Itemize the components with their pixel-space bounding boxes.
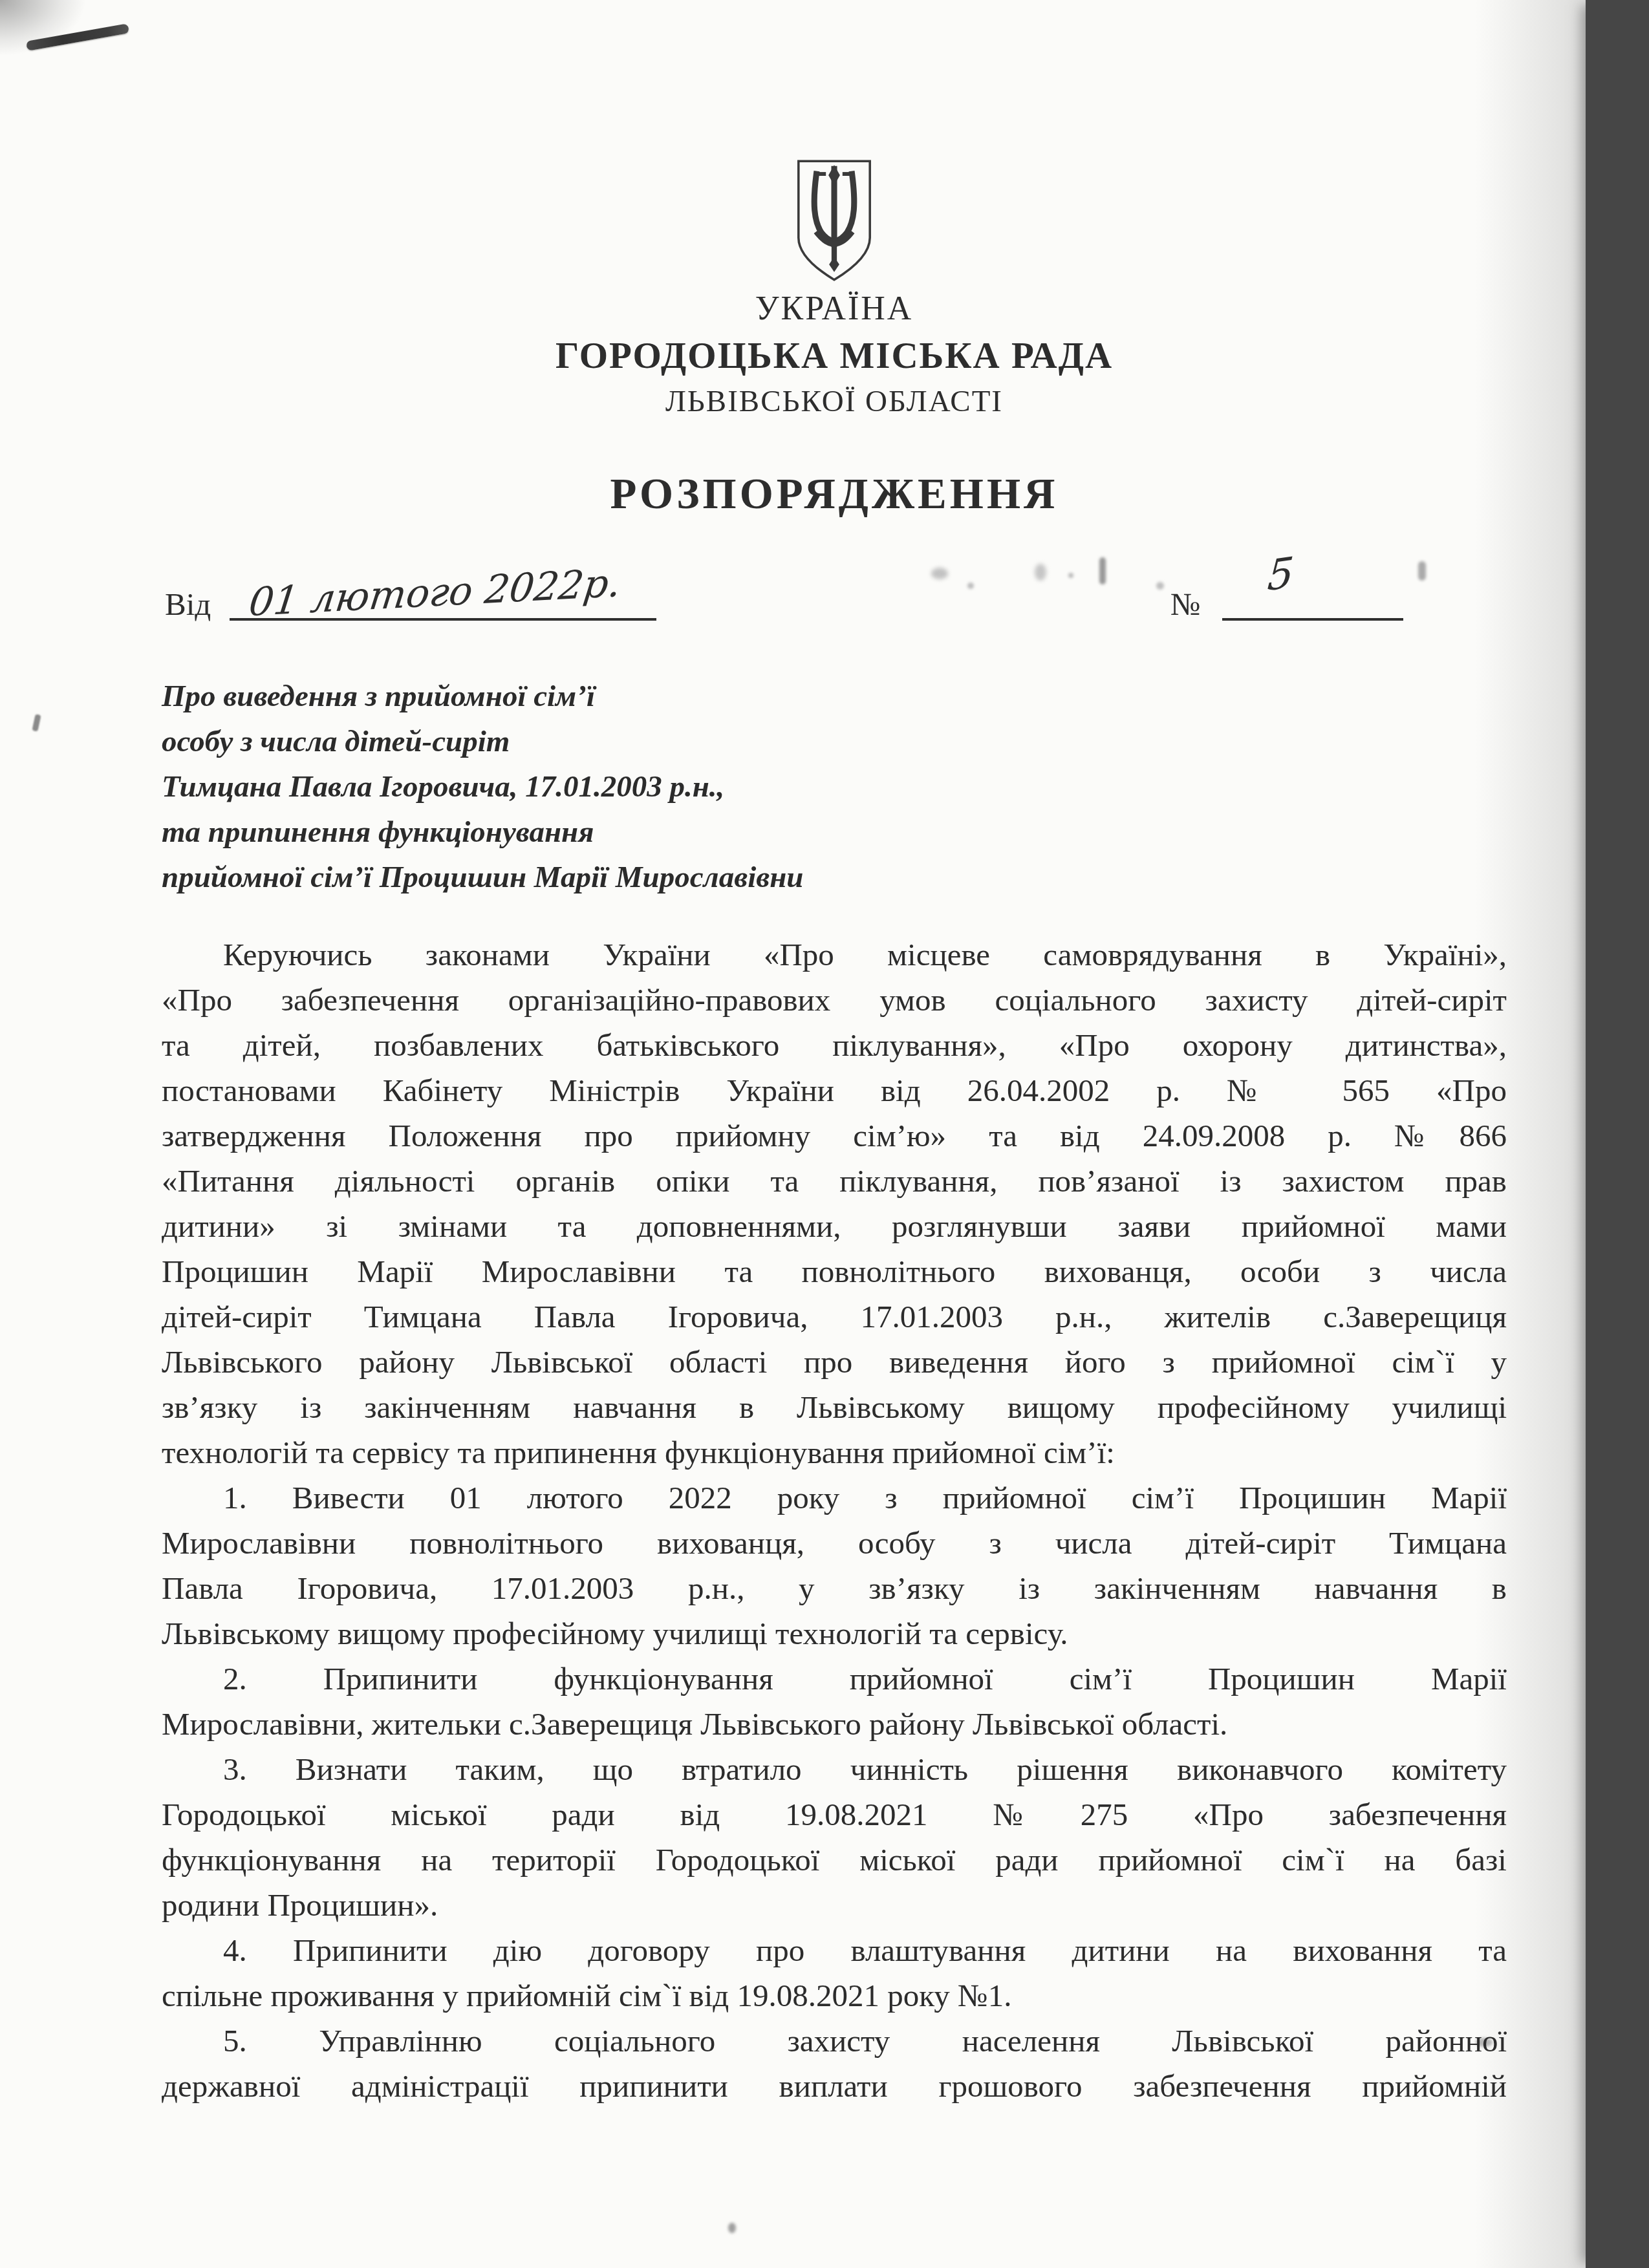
body-line: спільне проживання у прийомній сім`ї від…: [162, 1973, 1507, 2018]
body-line: дітей-сиріт Тимцана Павла Ігоровича, 17.…: [162, 1294, 1507, 1340]
subject-line: Про виведення з прийомної сім’ї: [162, 674, 1507, 719]
date-underline: 01 лютого 2022р.: [230, 565, 656, 621]
body-line: Львівського району Львівської області пр…: [162, 1340, 1507, 1385]
body-line: 1. Вивести 01 лютого 2022 року з прийомн…: [162, 1475, 1507, 1521]
subject-block: Про виведення з прийомної сім’ї особу з …: [162, 674, 1507, 900]
document-page: УКРАЇНА ГОРОДОЦЬКА МІСЬКА РАДА ЛЬВІВСЬКО…: [0, 0, 1586, 2268]
body-line: «Про забезпечення організаційно-правових…: [162, 978, 1507, 1023]
body-line: 4. Припинити дію договору про влаштуванн…: [162, 1928, 1507, 1973]
body-line: Керуючись законами України «Про місцеве …: [162, 932, 1507, 978]
body-line: затвердження Положення про прийомну сім’…: [162, 1113, 1507, 1159]
trident-emblem-icon: [790, 157, 879, 285]
body-line: Процишин Марії Мирославівни та повнолітн…: [162, 1249, 1507, 1294]
body-line: дитини» зі змінами та доповненнями, розг…: [162, 1204, 1507, 1249]
number-label: №: [1170, 586, 1201, 623]
body-line: Львівському вищому професійному училищі …: [162, 1611, 1507, 1656]
body-line: зв’язку із закінченням навчання в Львівс…: [162, 1385, 1507, 1430]
scanned-document: { "page": { "paper_color": "#fbfbf9", "i…: [0, 0, 1649, 2268]
subject-line: прийомної сім’ї Процишин Марії Мирославі…: [162, 855, 1507, 900]
handwritten-date: 01 лютого 2022р.: [246, 561, 623, 626]
document-type-title: РОЗПОРЯДЖЕННЯ: [162, 469, 1507, 519]
body-line: державної адміністрації припинити виплат…: [162, 2064, 1507, 2109]
body-line: 5. Управлінню соціального захисту населе…: [162, 2018, 1507, 2064]
body-line: родини Процишин».: [162, 1883, 1507, 1928]
body-line: «Питання діяльності органів опіки та пік…: [162, 1159, 1507, 1204]
council-title: ГОРОДОЦЬКА МІСЬКА РАДА: [162, 335, 1507, 377]
number-underline: 5: [1222, 565, 1403, 621]
body-line: Павла Ігоровича, 17.01.2003 р.н., у зв’я…: [162, 1566, 1507, 1611]
subject-line: Тимцана Павла Ігоровича, 17.01.2003 р.н.…: [162, 764, 1507, 809]
body-line: Городоцької міської ради від 19.08.2021 …: [162, 1792, 1507, 1837]
scan-smudge: [728, 2223, 736, 2233]
handwritten-number: 5: [1266, 548, 1296, 601]
body-line: Мирославівни, жительки с.Заверещиця Льві…: [162, 1702, 1507, 1747]
subject-line: та припинення функціонування: [162, 809, 1507, 855]
subject-line: особу з числа дітей-сиріт: [162, 719, 1507, 764]
body-line: 3. Визнати таким, що втратило чинність р…: [162, 1747, 1507, 1792]
body-line: та дітей, позбавлених батьківського пікл…: [162, 1023, 1507, 1068]
scanner-background-band: [1586, 0, 1649, 2268]
scan-smudge: [32, 714, 41, 731]
meta-row: Від 01 лютого 2022р. № 5: [162, 574, 1507, 645]
region-title: ЛЬВІВСЬКОЇ ОБЛАСТІ: [162, 384, 1507, 419]
body-line: постановами Кабінету Міністрів України в…: [162, 1068, 1507, 1113]
body-line: функціонування на території Городоцької …: [162, 1837, 1507, 1883]
body-line: технологій та сервісу та припинення функ…: [162, 1430, 1507, 1475]
body-line: 2. Припинити функціонування прийомної сі…: [162, 1656, 1507, 1702]
country-title: УКРАЇНА: [162, 290, 1507, 328]
body-line: Мирославівни повнолітнього вихованця, ос…: [162, 1521, 1507, 1566]
body-text: Керуючись законами України «Про місцеве …: [162, 932, 1507, 2109]
date-label: Від: [165, 586, 211, 623]
